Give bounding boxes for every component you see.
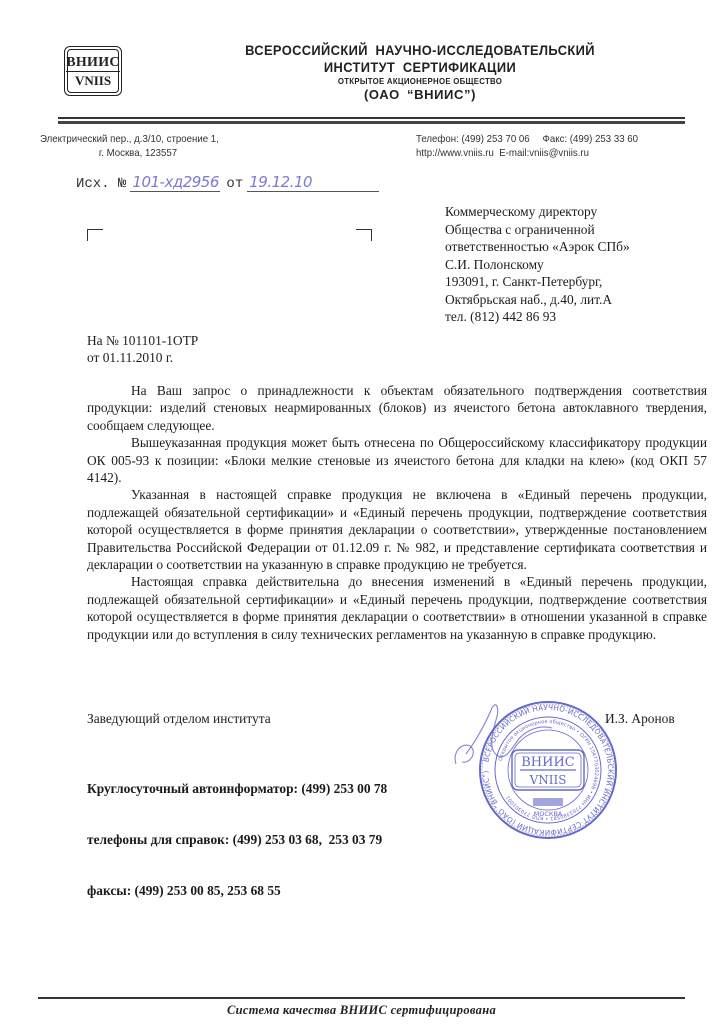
stamp-city: МОСКВА <box>534 810 563 818</box>
header-divider-thick <box>58 121 685 124</box>
vniis-logo: ВНИИС VNIIS <box>64 46 122 96</box>
recipient-line: 193091, г. Санкт-Петербург, <box>445 273 715 291</box>
footer-quality-note: Система качества ВНИИС сертифицирована <box>38 1003 685 1018</box>
recipient-line: Коммерческому директору <box>445 203 715 221</box>
logo-text-cyrillic: ВНИИС <box>66 55 120 72</box>
outgoing-date-handwritten: 19.12.10 <box>247 173 379 192</box>
address-field-corner-left <box>87 229 103 241</box>
email-link[interactable]: E-mail:vniis@vniis.ru <box>499 147 589 159</box>
contacts-block: Круглосуточный автоинформатор: (499) 253… <box>87 746 387 916</box>
body-paragraph: Вышеуказанная продукция может быть отнес… <box>87 434 707 486</box>
phone-number: Телефон: (499) 253 70 06 <box>416 133 530 145</box>
header-divider-thin <box>58 117 685 119</box>
address-street: Электрический пер., д.3/10, строение 1, <box>40 132 279 146</box>
contact-info: Телефон: (499) 253 70 06Факс: (499) 253 … <box>416 132 692 160</box>
recipient-block: Коммерческому директору Общества с огран… <box>445 203 715 326</box>
outgoing-number-label: Исх. № <box>76 176 126 192</box>
incoming-reference: На № 101101-1ОТР от 01.11.2010 г. <box>87 332 198 366</box>
handwritten-signature <box>448 702 558 782</box>
inquiry-phones: телефоны для справок: (499) 253 03 68, 2… <box>87 831 387 848</box>
letter-body: На Ваш запрос о принадлежности к объекта… <box>87 382 707 643</box>
incoming-date: от 01.11.2010 г. <box>87 349 198 366</box>
org-name-line2: ИНСТИТУТ СЕРТИФИКАЦИИ <box>208 59 631 75</box>
recipient-line: тел. (812) 442 86 93 <box>445 308 715 326</box>
address-field-corner-right <box>356 229 372 241</box>
body-paragraph: На Ваш запрос о принадлежности к объекта… <box>87 382 707 434</box>
incoming-number: На № 101101-1ОТР <box>87 332 198 349</box>
address-city: г. Москва, 123557 <box>40 146 279 160</box>
outgoing-reference: Исх. № 101-хд2956 от 19.12.10 <box>76 170 379 192</box>
org-short-name: (ОАО “ВНИИС”) <box>190 87 650 103</box>
org-name-line1: ВСЕРОССИЙСКИЙ НАУЧНО-ИССЛЕДОВАТЕЛЬСКИЙ <box>208 42 631 59</box>
recipient-line: Общества с ограниченной <box>445 221 715 239</box>
recipient-line: Октябрьская наб., д.40, лит.А <box>445 291 715 309</box>
signer-name: И.З. Аронов <box>605 711 675 727</box>
fax-numbers: факсы: (499) 253 00 85, 253 68 55 <box>87 882 387 899</box>
website-link[interactable]: http://www.vniis.ru <box>416 147 494 159</box>
fax-number: Факс: (499) 253 33 60 <box>543 133 638 145</box>
logo-text-latin: VNIIS <box>75 73 111 88</box>
auto-informer-phone: Круглосуточный автоинформатор: (499) 253… <box>87 780 387 797</box>
recipient-line: ответственностью «Аэрок СПб» <box>445 238 715 256</box>
body-paragraph: Указанная в настоящей справке продукция … <box>87 486 707 573</box>
body-paragraph: Настоящая справка действительна до внесе… <box>87 573 707 643</box>
outgoing-date-label: от <box>226 176 243 192</box>
outgoing-number-handwritten: 101-хд2956 <box>130 173 220 192</box>
org-legal-form: ОТКРЫТОЕ АКЦИОНЕРНОЕ ОБЩЕСТВО <box>208 75 631 87</box>
organization-name: ВСЕРОССИЙСКИЙ НАУЧНО-ИССЛЕДОВАТЕЛЬСКИЙ И… <box>190 42 650 103</box>
footer-divider <box>38 997 685 999</box>
signer-title: Заведующий отделом института <box>87 711 271 727</box>
postal-address: Электрический пер., д.3/10, строение 1, … <box>40 132 279 160</box>
recipient-line: С.И. Полонскому <box>445 256 715 274</box>
